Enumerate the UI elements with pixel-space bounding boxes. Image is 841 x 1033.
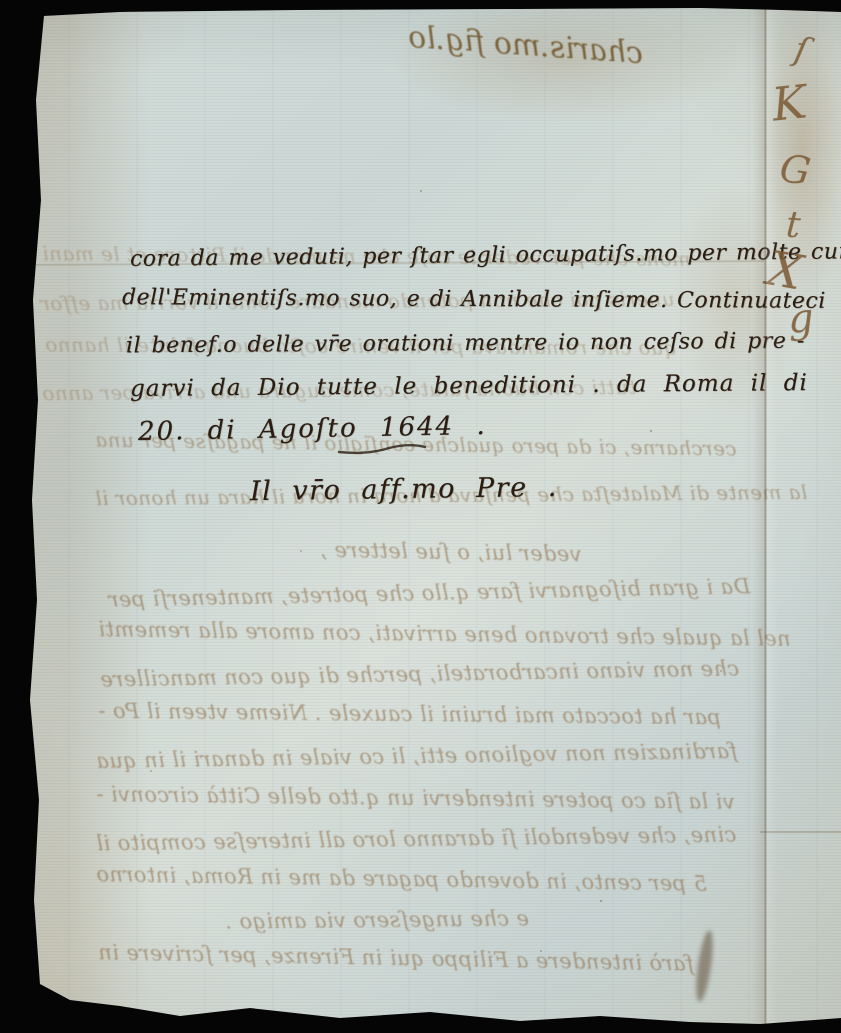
manuscript-scan: mons che per veder le coſe che ne manda … xyxy=(0,0,841,1033)
letter-line-2: dell'Eminentiſs.mo suo, e di Annibale in… xyxy=(122,285,826,314)
verso-ink-stroke: G xyxy=(777,146,813,194)
bleedthrough-line: nel la quale che trovano bene arrivati, … xyxy=(98,617,791,651)
horizontal-crease xyxy=(760,831,841,833)
verso-ink-stroke: ſ xyxy=(791,29,812,71)
bleedthrough-line: fardinazien non vogliono etti, li co via… xyxy=(96,739,738,773)
bleedthrough-line: 5 per cento, in dovendo pagare da me in … xyxy=(96,862,707,896)
date-line: 20. di Agoſto 1644 . xyxy=(138,411,487,447)
letter-line-3: il benef.o delle vr̄e orationi mentre io… xyxy=(126,329,805,359)
bleedthrough-line: vi la ſia co potere intendervi un q.tto … xyxy=(96,782,735,814)
verso-ink-stroke: K xyxy=(769,74,809,131)
fly-specks xyxy=(500,250,502,252)
ink-blot-stain xyxy=(693,929,716,1002)
vertical-fold-crease xyxy=(752,0,778,1033)
bleedthrough-line: farò intendere a Filippo qui in Firenze,… xyxy=(98,940,694,975)
bleedthrough-line: e che ungeſsero via amigo . xyxy=(225,906,529,933)
bleedthrough-line: par ha toccato mai bruini il cauxele . N… xyxy=(98,699,721,730)
verso-ink-stroke: t xyxy=(785,205,802,247)
bleedthrough-line: Da i gran biſognarvi fare q.llo che potr… xyxy=(108,574,751,611)
docket-inscription: charis.mo fig.lo xyxy=(407,20,644,71)
verso-ink-stroke: g xyxy=(786,295,815,343)
signature-line: Il vr̄o aff.mo Pre . xyxy=(250,472,558,507)
letter-paper: mons che per veder le coſe che ne manda … xyxy=(0,0,841,1033)
bleedthrough-line: cine, che vedendoli ſi daranno loro all … xyxy=(96,823,737,856)
letter-line-4: garvi da Dio tutte le beneditioni . da R… xyxy=(130,370,808,402)
bleedthrough-line: che non viano incarborateli, perche di q… xyxy=(100,656,739,691)
date-underline-flourish xyxy=(333,440,429,456)
bleedthrough-line: veder lui, o ſue lettere , xyxy=(320,538,582,567)
